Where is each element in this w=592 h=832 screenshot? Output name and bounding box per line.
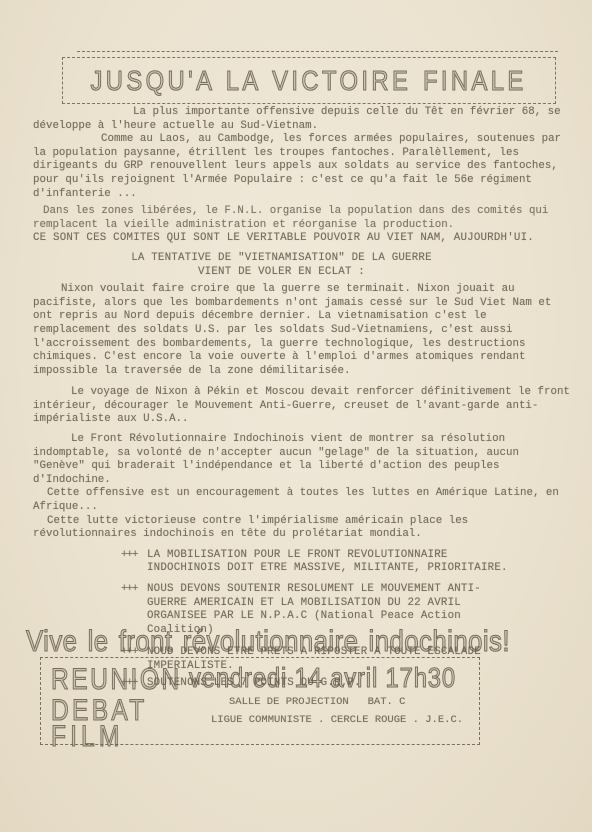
section-heading: LA TENTATIVE DE "VIETNAMISATION" DE LA G… <box>33 252 530 279</box>
film-label: FILM <box>51 720 123 754</box>
paragraph-cette-offensive: Cette offensive est un encouragement à t… <box>33 487 570 514</box>
paragraph-nixon-pacifiste: Nixon voulait faire croire que la guerre… <box>33 283 570 378</box>
bullet-mobilisation: +++ LA MOBILISATION POUR LE FRONT REVOLU… <box>121 549 570 576</box>
bullet-text: LA MOBILISATION POUR LE FRONT REVOLUTION… <box>147 549 570 576</box>
paragraph-front-revolutionnaire: Le Front Révolutionnaire Indochinois vie… <box>33 433 570 487</box>
meeting-location: SALLE DE PROJECTION BAT. C <box>229 696 405 708</box>
page-title: JUSQU'A LA VICTOIRE FINALE <box>91 65 527 97</box>
comites-caps-line: CE SONT CES COMITES QUI SONT LE VERITABL… <box>33 232 570 246</box>
title-box: JUSQU'A LA VICTOIRE FINALE <box>62 57 556 104</box>
organizations-line: LIGUE COMMUNISTE . CERCLE ROUGE . J.E.C. <box>211 714 463 726</box>
slogan-vive-le-front: Vive le front révolutionnaire indochinoi… <box>26 625 510 659</box>
leaflet-page: JUSQU'A LA VICTOIRE FINALE La plus impor… <box>0 0 592 832</box>
heading-line-2: VIENT DE VOLER EN ECLAT : <box>33 266 530 280</box>
meeting-info-box: REUNION vendredi 14 avril 17h30 DEBAT FI… <box>40 657 480 745</box>
paragraph-lutte-victorieuse: Cette lutte victorieuse contre l'impéria… <box>33 515 570 542</box>
body-text-column: La plus importante offensive depuis cell… <box>33 106 570 690</box>
paragraph-laos-cambodge: Comme au Laos, au Cambodge, les forces a… <box>33 133 570 201</box>
paragraph-zones-liberees: Dans les zones libérées, le F.N.L. organ… <box>33 205 570 232</box>
heading-line-1: LA TENTATIVE DE "VIETNAMISATION" DE LA G… <box>33 252 530 266</box>
reunion-label: REUNION <box>51 663 182 697</box>
paragraph-voyage-nixon: Le voyage de Nixon à Pékin et Moscou dev… <box>33 386 570 427</box>
meeting-datetime: vendredi 14 avril 17h30 <box>189 662 456 694</box>
plus-plus-plus-marker: +++ <box>121 549 147 576</box>
paragraph-offensive: La plus importante offensive depuis cell… <box>33 106 570 133</box>
